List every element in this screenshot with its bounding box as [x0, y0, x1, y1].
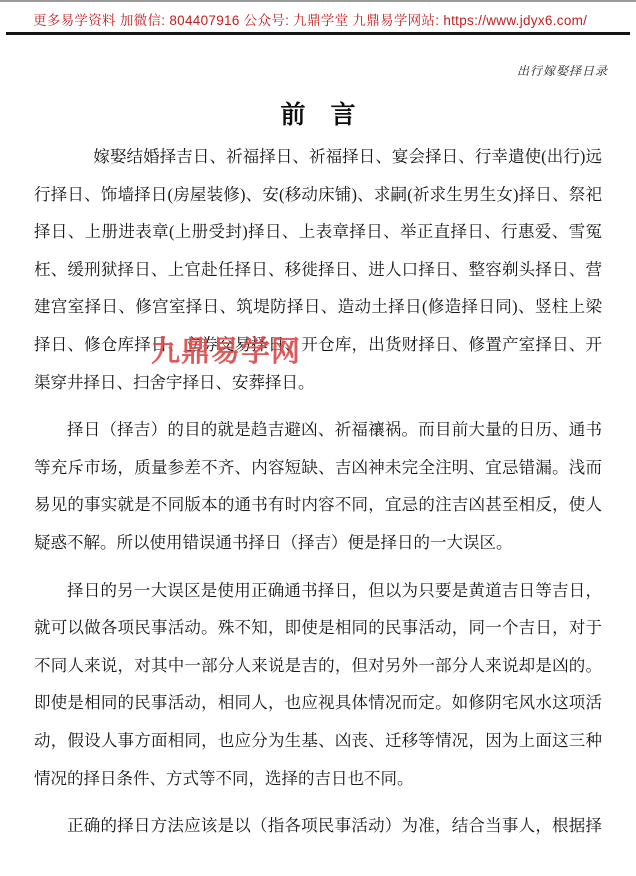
text-line: 易见的事实就是不同版本的通书有时内容不同，宜忌的注吉凶甚至相反，使人 [34, 486, 602, 524]
text-line: 等充斥市场，质量参差不齐、内容短缺、吉凶神未完全注明、宜忌错漏。浅而 [34, 449, 602, 487]
header-notice: 更多易学资料 加微信: 804407916 公众号: 九鼎学堂 九鼎易学网站: … [33, 9, 624, 29]
header-divider [6, 32, 630, 35]
paragraph: 择日（择吉）的目的就是趋吉避凶、祈福禳祸。而目前大量的日历、通书等充斥市场，质量… [34, 411, 602, 561]
text-line: 渠穿井择日、扫舍宇择日、安葬择日。 [34, 364, 602, 402]
paragraph: 嫁娶结婚择吉日、祈福择日、祈福择日、宴会择日、行幸遣使(出行)远行择日、饰墙择日… [34, 138, 602, 401]
text-line: 建宫室择日、修宫室择日、筑堤防择日、造动土择日(修造择日同)、竖柱上梁 [34, 288, 602, 326]
document-page: 更多易学资料 加微信: 804407916 公众号: 九鼎学堂 九鼎易学网站: … [0, 0, 636, 876]
text-line: 正确的择日方法应该是以（指各项民事活动）为准，结合当事人，根据择 [34, 807, 602, 845]
text-line: 择日（择吉）的目的就是趋吉避凶、祈福禳祸。而目前大量的日历、通书 [34, 411, 602, 449]
content: 嫁娶结婚择吉日、祈福择日、祈福择日、宴会择日、行幸遣使(出行)远行择日、饰墙择日… [34, 138, 602, 855]
text-line: 就可以做各项民事活动。殊不知，即使是相同的民事活动，同一个吉日，对于 [34, 609, 602, 647]
paragraph: 择日的另一大误区是使用正确通书择日，但以为只要是黄道吉日等吉日，就可以做各项民事… [34, 572, 602, 798]
text-line: 枉、缓刑狱择日、上官赴任择日、移徙择日、进人口择日、整容剃头择日、营 [34, 251, 602, 289]
text-line: 嫁娶结婚择吉日、祈福择日、祈福择日、宴会择日、行幸遣使(出行)远 [34, 138, 602, 176]
text-line: 情况的择日条件、方式等不同，选择的吉日也不同。 [34, 760, 602, 798]
text-line: 动，假设人事方面相同，也应分为生基、凶丧、迁移等情况，因为上面这三种 [34, 722, 602, 760]
text-line: 行择日、饰墙择日(房屋装修)、安(移动床铺)、求嗣(祈求生男生女)择日、祭祀 [34, 176, 602, 214]
paragraph: 正确的择日方法应该是以（指各项民事活动）为准，结合当事人，根据择 [34, 807, 602, 845]
text-line: 不同人来说，对其中一部分人来说是吉的，但对另外一部分人来说却是凶的。 [34, 647, 602, 685]
text-line: 择日、修仓库择日、立券交易择日、开仓库，出货财择日、修置产室择日、开 [34, 326, 602, 364]
text-line: 择日的另一大误区是使用正确通书择日，但以为只要是黄道吉日等吉日， [34, 572, 602, 610]
running-header: 出行嫁娶择日录 [517, 62, 608, 79]
text-line: 疑惑不解。所以使用错误通书择日（择吉）便是择日的一大误区。 [34, 524, 602, 562]
page-title: 前 言 [0, 95, 636, 131]
page-top-border [0, 0, 636, 2]
watermark: 九鼎易学网 [151, 329, 301, 370]
text-line: 择日、上册进表章(上册受封)择日、上表章择日、举正直择日、行惠爱、雪冤 [34, 213, 602, 251]
text-line: 即使是相同的民事活动，相同人，也应视具体情况而定。如修阴宅风水这项活 [34, 684, 602, 722]
